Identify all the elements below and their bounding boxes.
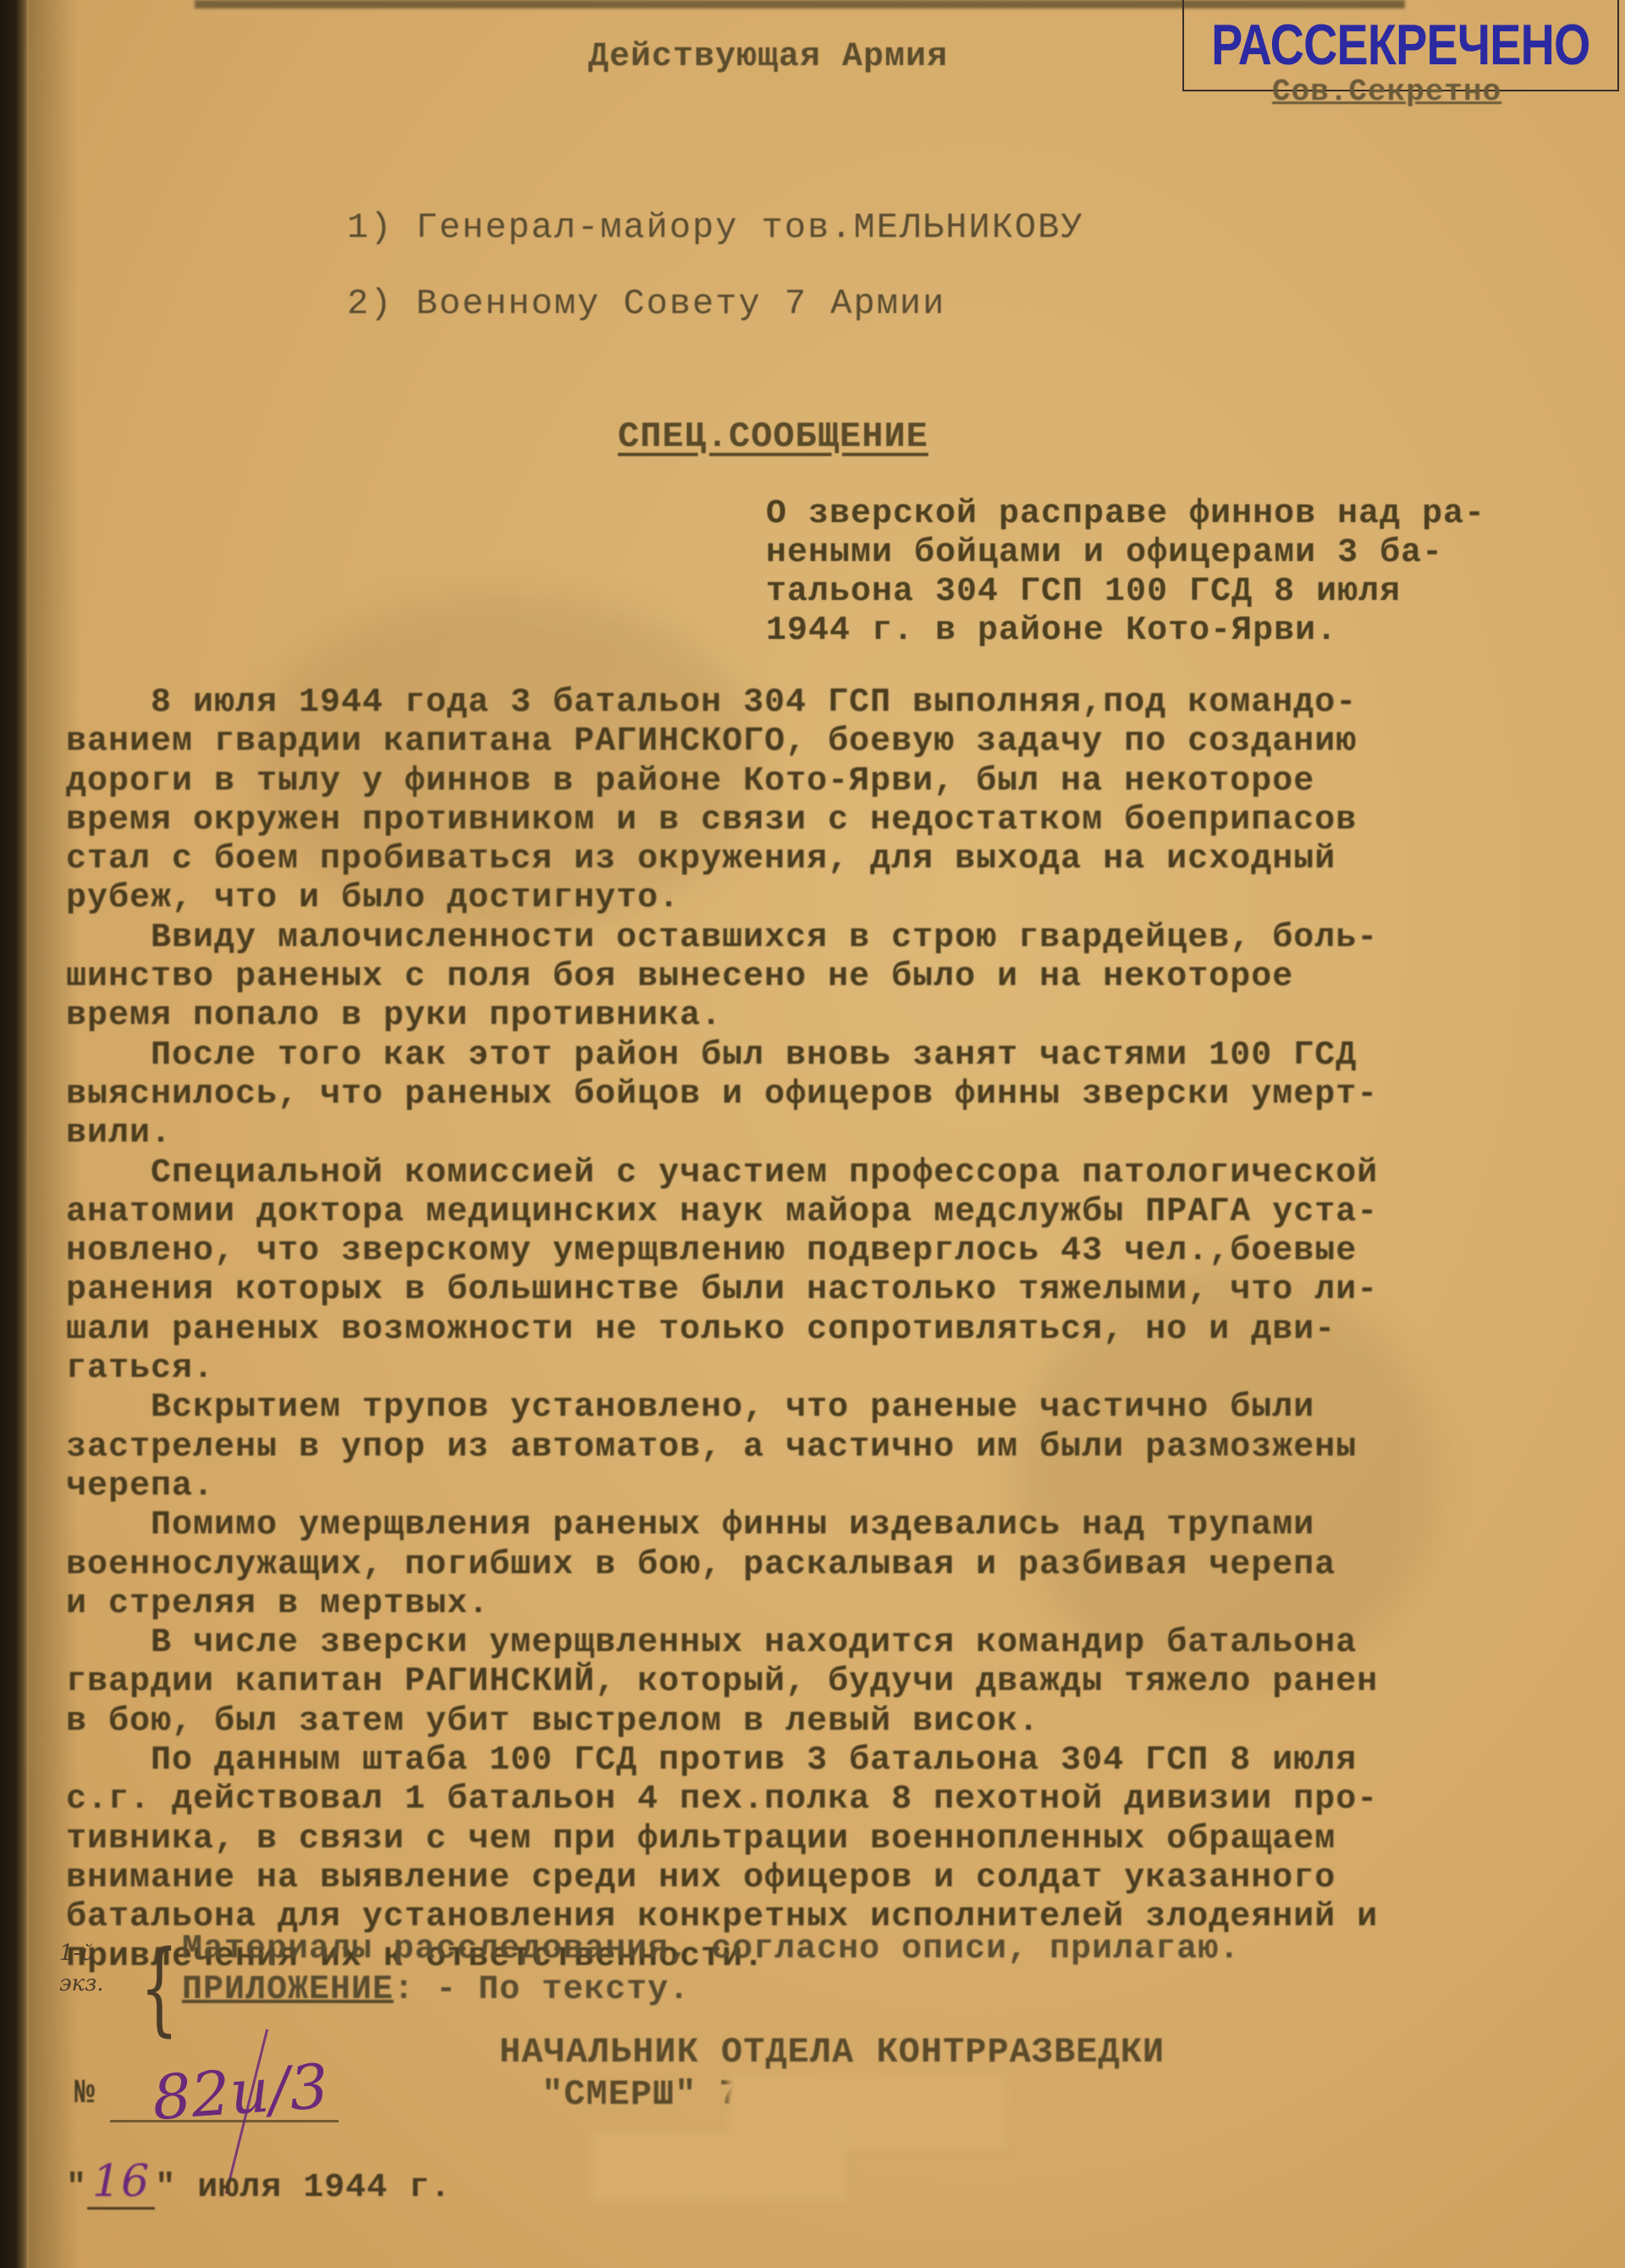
document-title: СПЕЦ.СООБЩЕНИЕ [618, 416, 928, 457]
body-line: В числе зверски умерщвленных находится к… [66, 1624, 1606, 1663]
document-number-prefix: № [74, 2075, 95, 2113]
body-line: военнослужащих, погибших в бою, раскалыв… [66, 1546, 1606, 1585]
body-line: застрелены в упор из автоматов, а частич… [66, 1429, 1606, 1467]
classification-mark: Сов.Секретно [1272, 74, 1501, 109]
margin-note-line: 1-й [59, 1938, 104, 1968]
body-line: время попало в руки противника. [66, 997, 1606, 1036]
body-line: и стреляя в мертвых. [66, 1585, 1606, 1624]
body-line: новлено, что зверскому умерщвлению подве… [66, 1232, 1606, 1271]
body-line: Помимо умерщвления раненых финны издевал… [66, 1506, 1606, 1545]
body-line: стал с боем пробиваться из окружения, дл… [66, 840, 1606, 879]
body-line: После того как этот район был вновь заня… [66, 1037, 1606, 1076]
body-line: шинство раненых с поля боя вынесено не б… [66, 958, 1606, 997]
body-line: внимание на выявление среди них офицеров… [66, 1859, 1606, 1898]
materials-line: Материалы расследования, согласно описи,… [182, 1929, 1240, 1970]
document-number-handwritten: 82и/3 [150, 2051, 330, 2133]
body-line: время окружен противником и в связи с не… [66, 801, 1606, 840]
subject-line: О зверской расправе финнов над ра- [766, 495, 1612, 534]
body-line: гвардии капитан РАГИНСКИЙ, который, буду… [66, 1663, 1606, 1702]
body-line: По данным штаба 100 ГСД против 3 батальо… [66, 1742, 1606, 1781]
binding-edge [0, 0, 29, 2268]
body-line: шали раненых возможности не только сопро… [66, 1311, 1606, 1350]
body-line: ванием гвардии капитана РАГИНСКОГО, боев… [66, 723, 1606, 762]
margin-note-line: экз. [59, 1968, 104, 1999]
body-line: дороги в тылу у финнов в районе Кото-Ярв… [66, 762, 1606, 801]
date-quote: " [66, 2169, 87, 2207]
body-line: 8 июля 1944 года 3 батальон 304 ГСП выпо… [66, 684, 1606, 723]
annex-label: ПРИЛОЖЕНИЕ [182, 1971, 394, 2009]
body-line: выяснилось, что раненых бойцов и офицеро… [66, 1076, 1606, 1115]
body-line: рубеж, что и было достигнуто. [66, 879, 1606, 918]
body-line: черепа. [66, 1467, 1606, 1506]
annex-value: : - По тексту. [394, 1971, 690, 2009]
body-line: с.г. действовал 1 батальон 4 пех.полка 8… [66, 1781, 1606, 1819]
body-line: в бою, был затем убит выстрелом в левый … [66, 1703, 1606, 1742]
body-line: анатомии доктора медицинских наук майора… [66, 1193, 1606, 1232]
body-text: 8 июля 1944 года 3 батальон 304 ГСП выпо… [66, 684, 1606, 1977]
body-line: вили. [66, 1115, 1606, 1153]
body-line: гаться. [66, 1350, 1606, 1389]
subject-line: неными бойцами и офицерами 3 ба- [766, 534, 1612, 573]
date-day-handwritten: 16 [87, 2156, 155, 2210]
signature-title: НАЧАЛЬНИК ОТДЕЛА КОНТРРАЗВЕДКИ [499, 2031, 1165, 2073]
annex-line: ПРИЛОЖЕНИЕ: - По тексту. [182, 1970, 1240, 2011]
body-line: Специальной комиссией с участием професс… [66, 1154, 1606, 1193]
handwritten-brace: { [140, 1938, 179, 2040]
body-line: тивника, в связи с чем при фильтрации во… [66, 1820, 1606, 1859]
annex-block: Материалы расследования, согласно описи,… [182, 1929, 1240, 2011]
date-rest: " июля 1944 г. [155, 2169, 451, 2207]
declassified-stamp-text: РАССЕКРЕЧЕНО [1211, 12, 1589, 78]
margin-note: 1-й экз. [59, 1938, 104, 1999]
body-line: ранения которых в большинстве были насто… [66, 1271, 1606, 1310]
body-line: Ввиду малочисленности оставшихся в строю… [66, 919, 1606, 958]
subject-block: О зверской расправе финнов над ра- неным… [766, 495, 1612, 651]
addressee-2: 2) Военному Совету 7 Армии [347, 283, 945, 324]
header-unit: Действующая Армия [588, 38, 948, 76]
subject-line: тальона 304 ГСП 100 ГСД 8 июля [766, 573, 1612, 612]
subject-line: 1944 г. в районе Кото-Ярви. [766, 612, 1612, 651]
redacted-area [592, 2133, 846, 2200]
body-line: Вскрытием трупов установлено, что ранены… [66, 1389, 1606, 1428]
addressee-1: 1) Генерал-майору тов.МЕЛЬНИКОВУ [347, 207, 1084, 248]
document-date: "16" июля 1944 г. [66, 2156, 451, 2210]
